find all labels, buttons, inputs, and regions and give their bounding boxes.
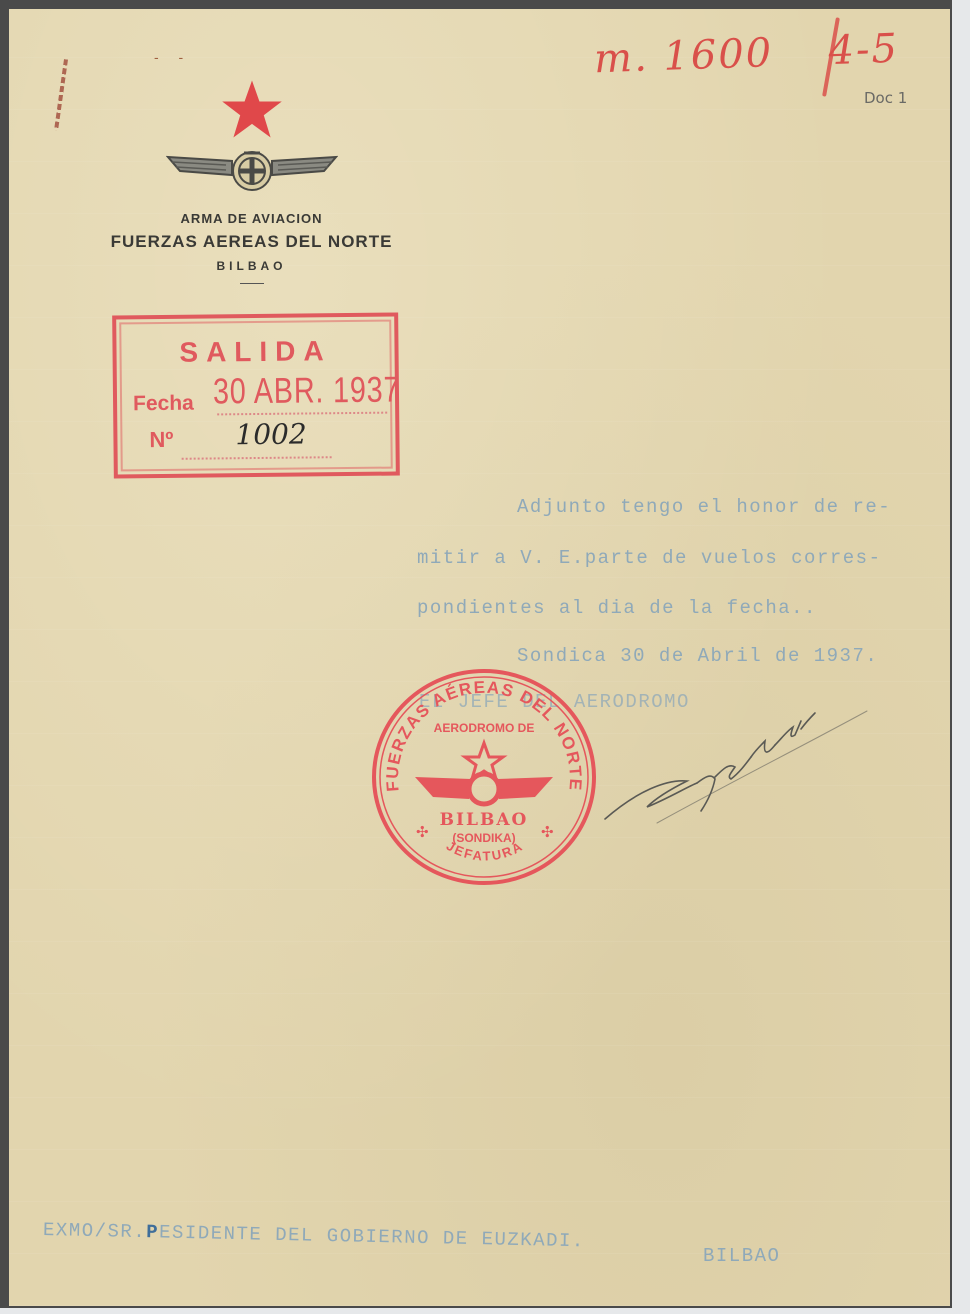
addressee-city: BILBAO [703, 1245, 780, 1267]
stamp-date-label: Fecha [133, 392, 194, 417]
seal-city: BILBAO [440, 810, 529, 830]
archive-reference: m. 1600 4-5 [593, 26, 899, 83]
handwritten-signature [597, 699, 877, 839]
seal-ornament-right: ✣ [541, 824, 554, 841]
addressee-title: ESIDENTE DEL GOBIERNO DE EUZKADI. [159, 1221, 585, 1252]
number-dotted-line [182, 456, 332, 460]
stamp-date-value: 30 ABR. 1937 [213, 368, 401, 412]
red-star-icon [221, 79, 283, 139]
seal-ornament-left: ✣ [416, 824, 429, 841]
letterhead-organization: FUERZAS AEREAS DEL NORTE [69, 232, 434, 252]
letterhead-city: BILBAO [69, 259, 434, 273]
seal-district: (SONDIKA) [452, 831, 515, 845]
addressee-line: EXMO/SR.PESIDENTE DEL GOBIERNO DE EUZKAD… [43, 1219, 585, 1252]
salida-stamp: SALIDA Fecha 30 ABR. 1937 Nº 1002 [112, 313, 400, 479]
body-line-3: pondientes al dia de la fecha.. [417, 597, 817, 619]
addressee-prefix: EXMO/SR. [43, 1219, 147, 1243]
date-line: Sondica 30 de Abril de 1937. [517, 645, 878, 667]
stamp-number-value: 1002 [235, 417, 307, 451]
document-page: - - m. 1600 4-5 Doc 1 ARMA DE AVIACION F… [9, 9, 950, 1306]
letterhead: ARMA DE AVIACION FUERZAS AEREAS DEL NORT… [69, 79, 434, 284]
archive-sub-reference: 4-5 [828, 26, 900, 74]
seal-wings-icon [415, 774, 553, 804]
round-seal: FUERZAS AÉREAS DEL NORTE AERODROMO DE BI… [371, 667, 597, 887]
date-dotted-line [217, 412, 387, 416]
letterhead-unit: ARMA DE AVIACION [69, 211, 434, 226]
ink-marks: - - [154, 49, 191, 65]
body-line-2: mitir a V. E.parte de vuelos corres- [417, 547, 881, 569]
pencil-mark [54, 59, 68, 131]
stamp-title: SALIDA [116, 335, 394, 370]
archive-reference-number: m. 1600 [593, 30, 774, 82]
letterhead-divider [240, 283, 264, 284]
addressee-initial: P [146, 1221, 159, 1243]
aviation-wings-icon [166, 149, 338, 197]
body-line-1: Adjunto tengo el honor de re- [517, 496, 891, 518]
seal-inner-top: AERODROMO DE [434, 721, 535, 735]
stamp-number-label: Nº [149, 427, 173, 453]
doc-label: Doc 1 [864, 89, 907, 107]
